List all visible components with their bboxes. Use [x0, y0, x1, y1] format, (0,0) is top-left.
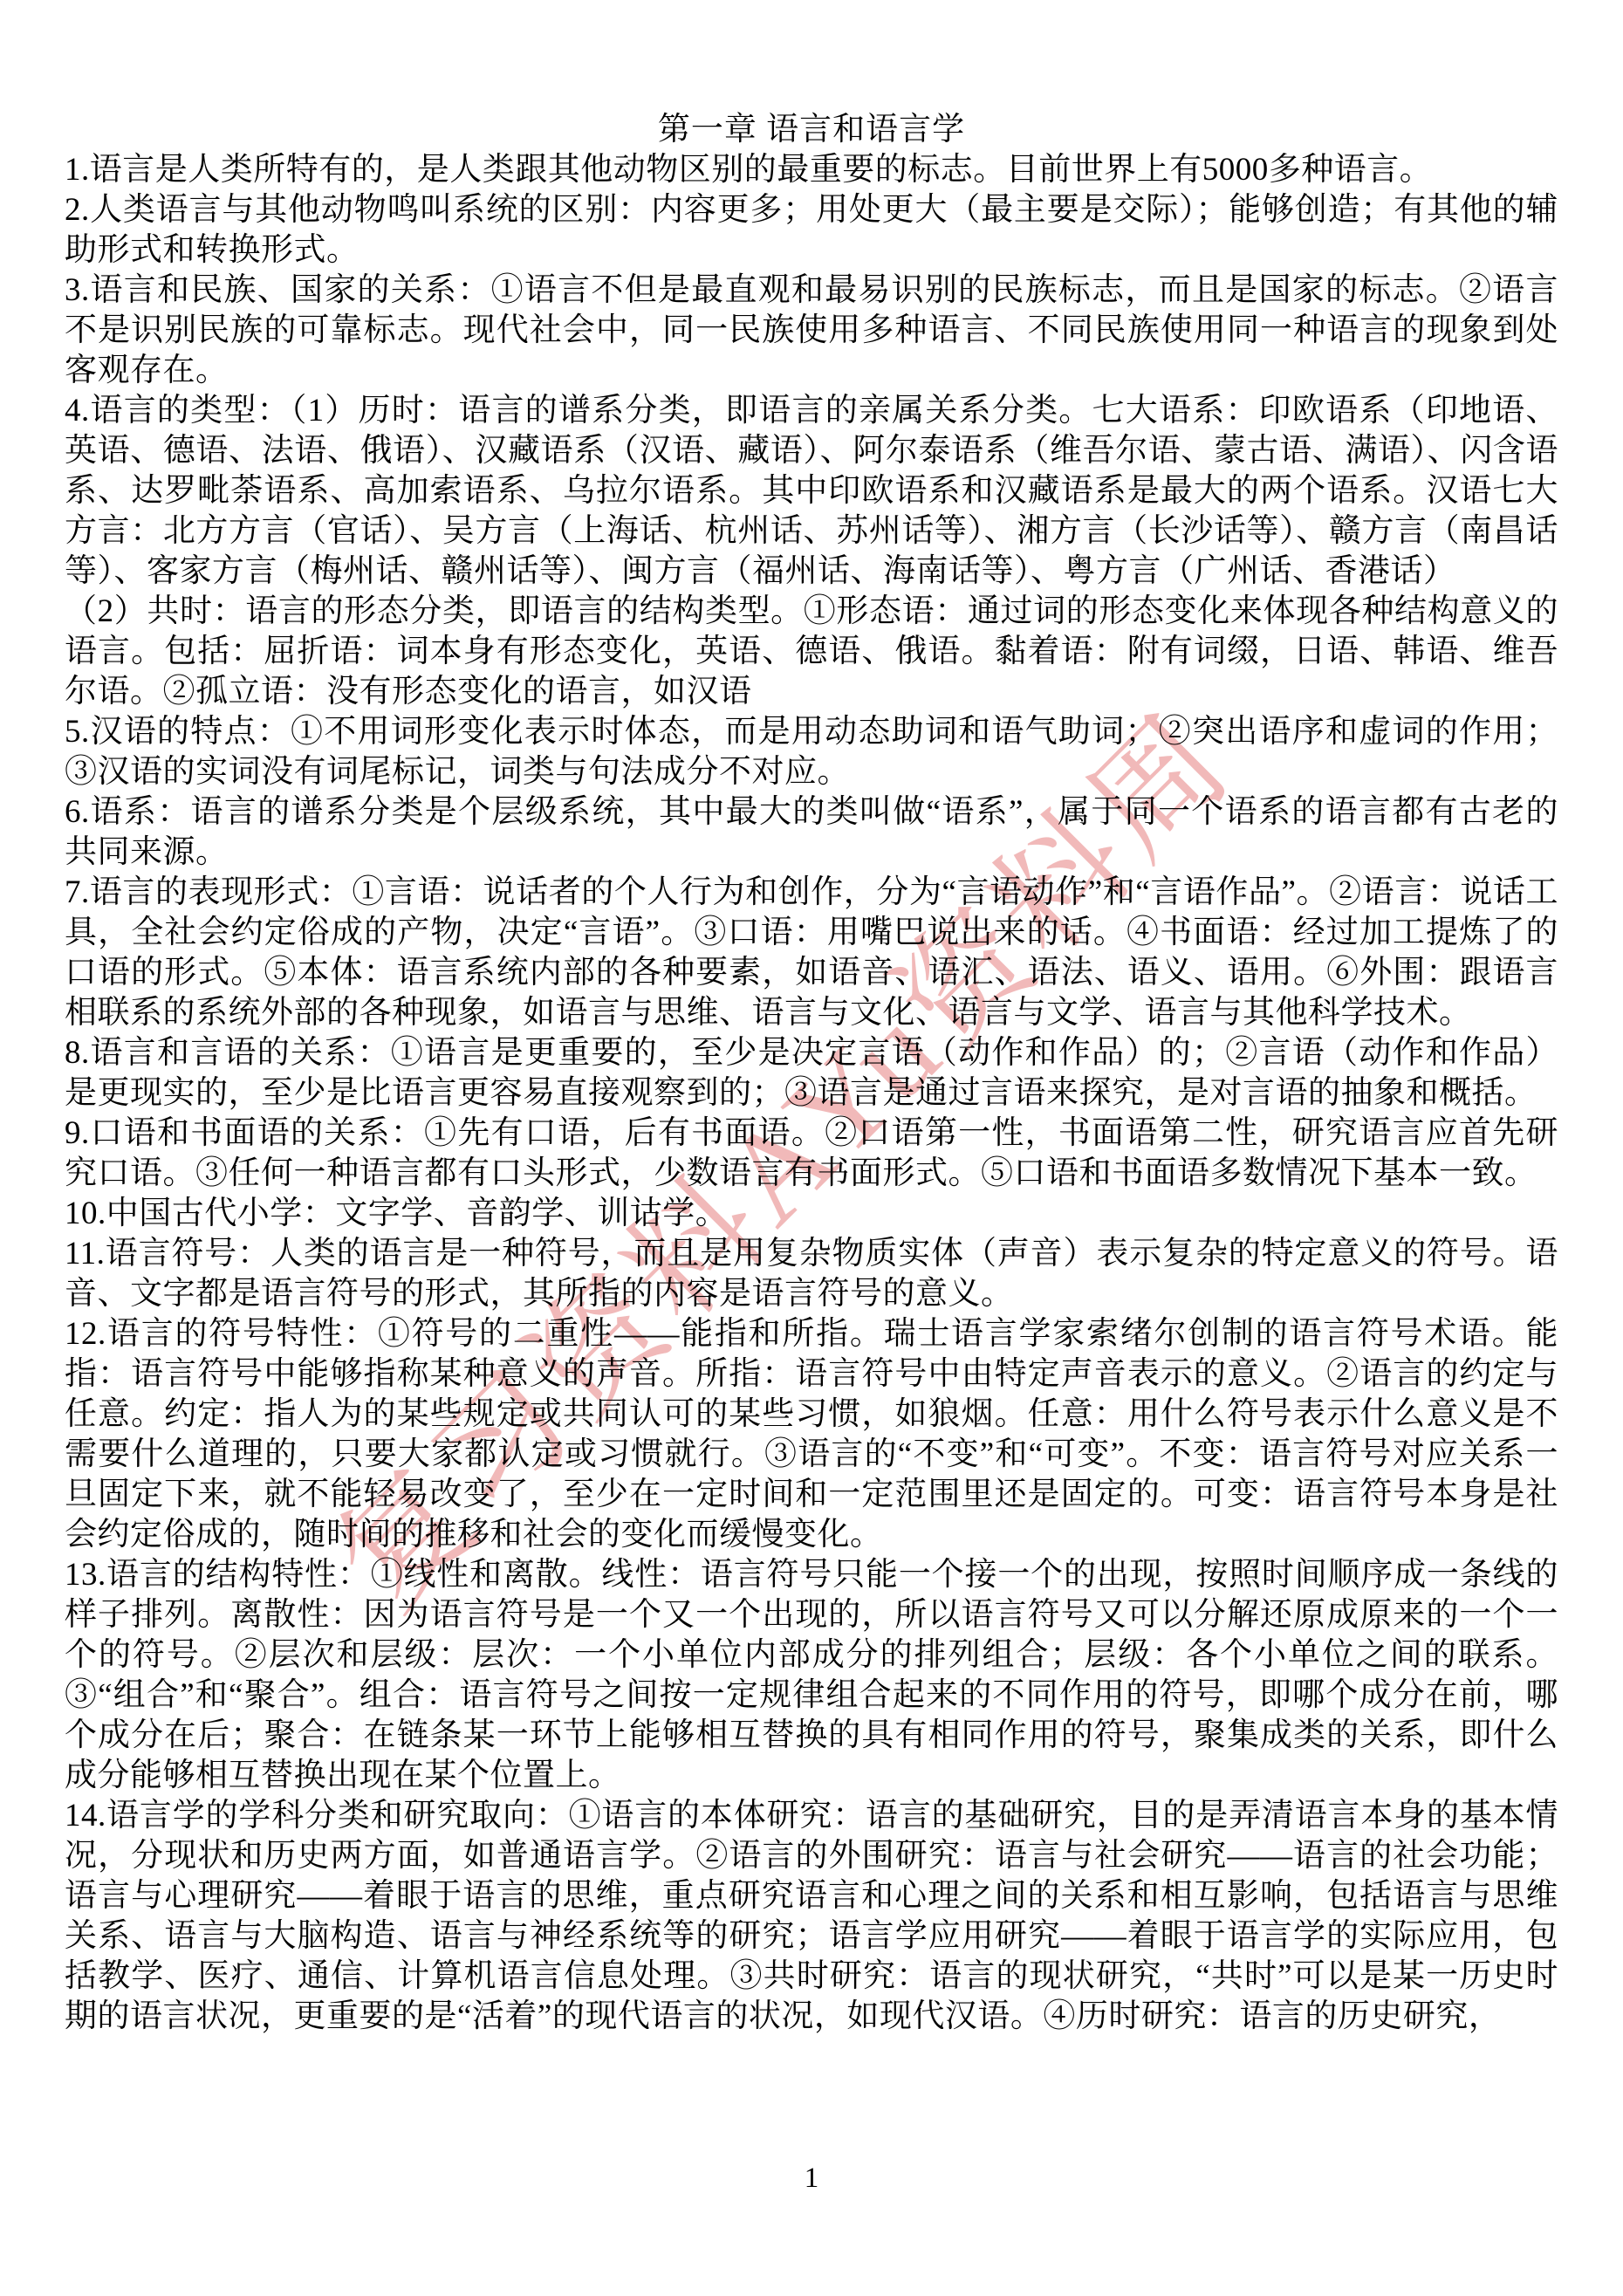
paragraph: 9.口语和书面语的关系：①先有口语，后有书面语。②口语第一性，书面语第二性，研究…	[65, 1114, 1558, 1194]
paragraph: 4.语言的类型：（1）历时：语言的谱系分类，即语言的亲属关系分类。七大语系：印欧…	[65, 391, 1558, 592]
paragraph: 11.语言符号：人类的语言是一种符号，而且是用复杂物质实体（声音）表示复杂的特定…	[65, 1234, 1558, 1314]
document-page: 复习资料AYu资料周 第一章 语言和语言学 1.语言是人类所特有的，是人类跟其他…	[0, 0, 1623, 2296]
paragraph-list: 1.语言是人类所特有的，是人类跟其他动物区别的最重要的标志。目前世界上有5000…	[65, 150, 1558, 2037]
chapter-title: 第一章 语言和语言学	[65, 110, 1558, 150]
paragraph: 5.汉语的特点：①不用词形变化表示时体态，而是用动态助词和语气助词；②突出语序和…	[65, 712, 1558, 792]
paragraph: 8.语言和言语的关系：①语言是更重要的，至少是决定言语（动作和作品）的；②言语（…	[65, 1033, 1558, 1114]
paragraph: 13.语言的结构特性：①线性和离散。线性：语言符号只能一个接一个的出现，按照时间…	[65, 1555, 1558, 1796]
paragraph: （2）共时：语言的形态分类，即语言的结构类型。①形态语：通过词的形态变化来体现各…	[65, 592, 1558, 712]
paragraph: 14.语言学的学科分类和研究取向：①语言的本体研究：语言的基础研究，目的是弄清语…	[65, 1796, 1558, 2037]
paragraph: 2.人类语言与其他动物鸣叫系统的区别：内容更多；用处更大（最主要是交际）；能够创…	[65, 190, 1558, 271]
paragraph: 12.语言的符号特性：①符号的二重性——能指和所指。瑞士语言学家索绪尔创制的语言…	[65, 1314, 1558, 1555]
paragraph: 3.语言和民族、国家的关系：①语言不但是最直观和最易识别的民族标志，而且是国家的…	[65, 271, 1558, 391]
paragraph: 6.语系：语言的谱系分类是个层级系统，其中最大的类叫做“语系”，属于同一个语系的…	[65, 792, 1558, 873]
paragraph: 10.中国古代小学：文字学、音韵学、训诂学。	[65, 1194, 1558, 1234]
paragraph: 1.语言是人类所特有的，是人类跟其他动物区别的最重要的标志。目前世界上有5000…	[65, 150, 1558, 190]
paragraph: 7.语言的表现形式：①言语：说话者的个人行为和创作，分为“言语动作”和“言语作品…	[65, 873, 1558, 1033]
page-number: 1	[0, 2161, 1623, 2196]
document-content: 第一章 语言和语言学 1.语言是人类所特有的，是人类跟其他动物区别的最重要的标志…	[0, 0, 1623, 2037]
